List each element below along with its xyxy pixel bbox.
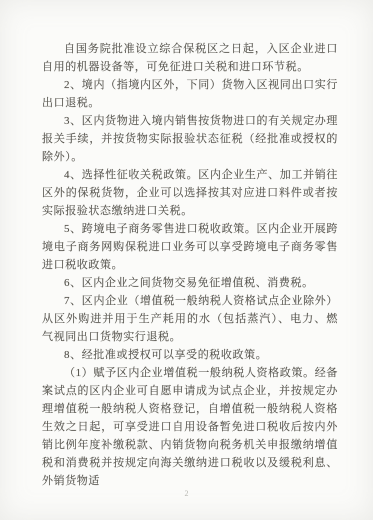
paragraph-1: 自国务院批准设立综合保税区之日起，入区企业进口自用的机器设备等，可免征进口关税和… (42, 40, 338, 76)
paragraph-5: 5、跨境电子商务零售进口税收政策。区内企业开展跨境电子商务网购保税进口业务可以享… (42, 220, 338, 274)
paragraph-7: 7、区内企业（增值税一般纳税人资格试点企业除外）从区外购进并用于生产耗用的水（包… (42, 292, 338, 346)
paragraph-4: 4、选择性征收关税政策。区内企业生产、加工并销往区外的保税货物，企业可以选择按其… (42, 166, 338, 220)
paragraph-9: （1）赋予区内企业增值税一般纳税人资格政策。经备案试点的区内企业可自愿申请成为试… (42, 364, 338, 490)
paragraph-3: 3、区内货物进入境内销售按货物进口的有关规定办理报关手续，并按货物实际报验状态征… (42, 112, 338, 166)
document-page: 自国务院批准设立综合保税区之日起，入区企业进口自用的机器设备等，可免征进口关税和… (0, 0, 373, 520)
document-body: 自国务院批准设立综合保税区之日起，入区企业进口自用的机器设备等，可免征进口关税和… (42, 40, 338, 490)
paragraph-8: 8、经批准或授权可以享受的税收政策。 (42, 346, 338, 364)
paragraph-2: 2、境内（指境内区外，下同）货物入区视同出口实行出口退税。 (42, 76, 338, 112)
page-number: 2 (0, 489, 373, 498)
paragraph-6: 6、区内企业之间货物交易免征增值税、消费税。 (42, 274, 338, 292)
